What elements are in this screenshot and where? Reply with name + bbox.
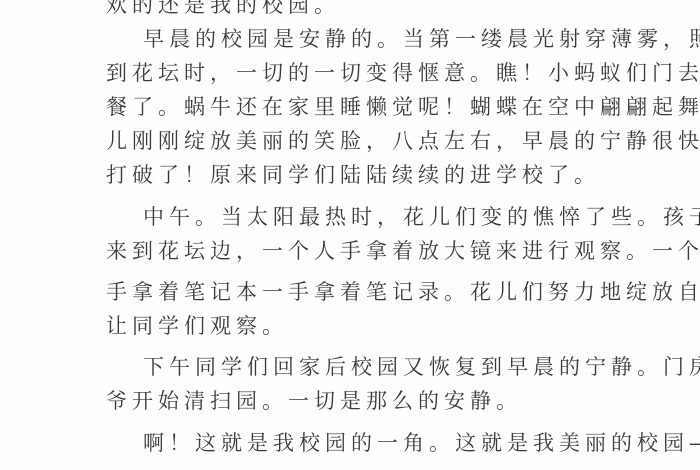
paragraph-morning-line-1: 早晨的校园是安静的。当第一缕晨光射穿薄雾，照射 xyxy=(143,27,700,51)
paragraph-noon-line-3: 手拿着笔记本一手拿着笔记录。花儿们努力地绽放自己好 xyxy=(106,280,700,304)
paragraph-afternoon-line-2: 爷开始清扫园。一切是那么的安静。 xyxy=(106,389,522,413)
paragraph-conclusion-line-1: 啊！这就是我校园的一角。这就是我美丽的校园—— xyxy=(143,431,700,455)
text-line-1: 欢的还是我的校园。 xyxy=(106,0,340,17)
paragraph-morning-line-4: 儿刚刚绽放美丽的笑脸，八点左右，早晨的宁静很快就被 xyxy=(106,129,700,153)
paragraph-morning-line-2: 到花坛时，一切的一切变得惬意。瞧！小蚂蚁们门去找早 xyxy=(106,61,700,85)
paragraph-morning-line-3: 餐了。蜗牛还在家里睡懒觉呢！蝴蝶在空中翩翩起舞。花 xyxy=(106,95,700,119)
paragraph-noon-line-2: 来到花坛边，一个人手拿着放大镜来进行观察。一个人一 xyxy=(106,239,700,263)
paragraph-morning-line-5: 打破了！原来同学们陆陆续续的进学校了。 xyxy=(106,163,600,187)
paragraph-noon-line-1: 中午。当太阳最热时，花儿们变的憔悴了些。孩子们 xyxy=(143,205,700,229)
paragraph-noon-line-4: 让同学们观察。 xyxy=(106,314,288,338)
paragraph-afternoon-line-1: 下午同学们回家后校园又恢复到早晨的宁静。门房爷 xyxy=(143,355,700,379)
document-page: 欢的还是我的校园。 早晨的校园是安静的。当第一缕晨光射穿薄雾，照射 到花坛时，一… xyxy=(0,0,700,470)
